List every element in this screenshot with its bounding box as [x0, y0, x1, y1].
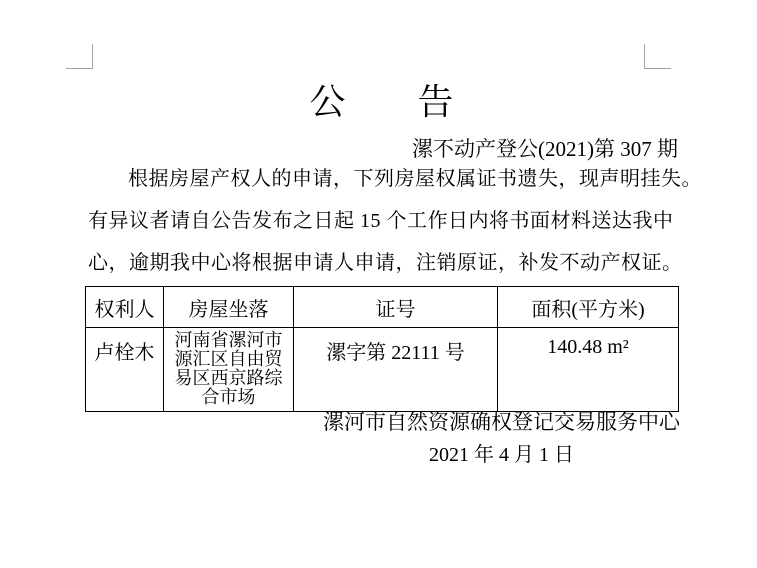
table-header-row: 权利人 房屋坐落 证号 面积(平方米) [86, 287, 679, 328]
property-table: 权利人 房屋坐落 证号 面积(平方米) 卢栓木 河南省漯河市源汇区自由贸易区西京… [85, 286, 679, 412]
cell-address: 河南省漯河市源汇区自由贸易区西京路综合市场 [164, 328, 294, 412]
body-line-1: 根据房屋产权人的申请，下列房屋权属证书遗失，现声明挂失。 [88, 158, 684, 200]
table-row: 卢栓木 河南省漯河市源汇区自由贸易区西京路综合市场 漯字第 22111 号 14… [86, 328, 679, 412]
footer: 漯河市自然资源确权登记交易服务中心 2021 年 4 月 1 日 [323, 407, 680, 472]
text-boundary-mark-top-right [644, 44, 671, 69]
body-line-2: 有异议者请自公告发布之日起 15 个工作日内将书面材料送达我中 [88, 200, 684, 242]
cell-cert-no: 漯字第 22111 号 [294, 328, 498, 412]
announcement-body: 根据房屋产权人的申请，下列房屋权属证书遗失，现声明挂失。 有异议者请自公告发布之… [88, 158, 684, 284]
issuer-name: 漯河市自然资源确权登记交易服务中心 [323, 407, 680, 438]
body-line-3: 心，逾期我中心将根据申请人申请，注销原证，补发不动产权证。 [88, 242, 684, 284]
header-cert-no: 证号 [294, 287, 498, 328]
header-owner: 权利人 [86, 287, 164, 328]
cell-area: 140.48 m² [498, 328, 679, 412]
header-address: 房屋坐落 [164, 287, 294, 328]
issue-date: 2021 年 4 月 1 日 [429, 438, 574, 472]
document-page: 公 告 漯不动产登公(2021)第 307 期 根据房屋产权人的申请，下列房屋权… [0, 0, 757, 568]
header-area: 面积(平方米) [498, 287, 679, 328]
cell-owner: 卢栓木 [86, 328, 164, 412]
text-boundary-mark-top-left [66, 44, 93, 69]
page-title: 公 告 [85, 74, 678, 125]
